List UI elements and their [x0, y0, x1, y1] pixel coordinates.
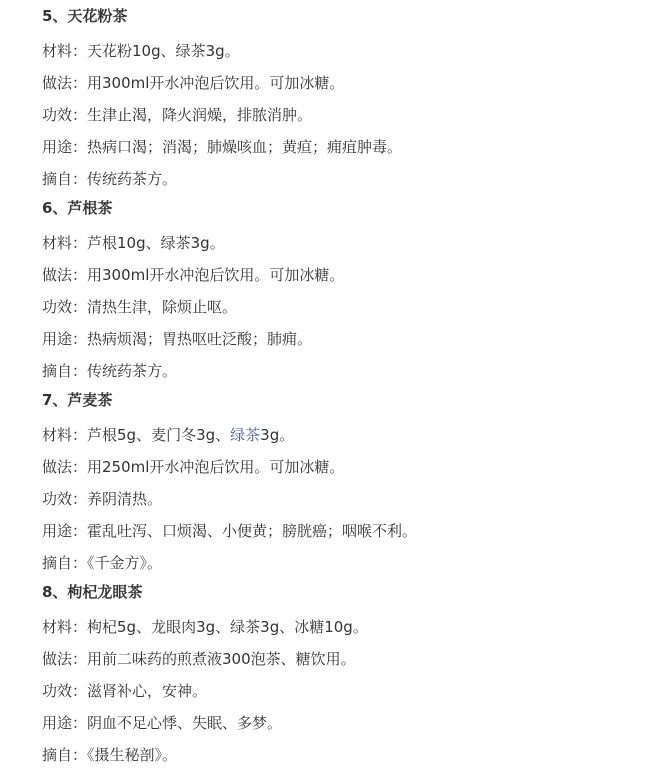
ingredients-row: 材料：芦根5g、麦门冬3g、绿茶3g。: [42, 419, 668, 451]
row-label: 用途：: [42, 714, 87, 732]
method-row: 做法：用300ml开水冲泡后饮用。可加冰糖。: [42, 259, 668, 291]
row-value: 《摄生秘剖》。: [87, 746, 177, 764]
usage-row: 用途：霍乱吐泻、口烦渴、小便黄；膀胱癌；咽喉不利。: [42, 515, 668, 547]
row-value-pre: 芦根5g、麦门冬3g、: [87, 426, 230, 444]
row-value: 养阴清热。: [87, 490, 162, 508]
source-row: 摘自：《摄生秘剖》。: [42, 739, 668, 771]
row-value: 传统药茶方。: [87, 170, 177, 188]
row-value: 枸杞5g、龙眼肉3g、绿茶3g、冰糖10g。: [87, 618, 368, 636]
usage-row: 用途：热病口渴；消渴；肺燥咳血；黄疸；痈疽肿毒。: [42, 131, 668, 163]
row-label: 用途：: [42, 330, 87, 348]
tea-section-5: 5、天花粉茶 材料：天花粉10g、绿茶3g。 做法：用300ml开水冲泡后饮用。…: [42, 3, 668, 195]
row-value: 热病口渴；消渴；肺燥咳血；黄疸；痈疽肿毒。: [87, 138, 402, 156]
usage-row: 用途：阴血不足心悸、失眠、多梦。: [42, 707, 668, 739]
row-label: 材料：: [42, 234, 87, 252]
row-label: 摘自：: [42, 554, 87, 572]
row-label: 功效：: [42, 490, 87, 508]
effect-row: 功效：滋肾补心，安神。: [42, 675, 668, 707]
source-row: 摘自：传统药茶方。: [42, 163, 668, 195]
row-label: 摘自：: [42, 746, 87, 764]
row-label: 做法：: [42, 266, 87, 284]
row-label: 材料：: [42, 618, 87, 636]
row-value: 传统药茶方。: [87, 362, 177, 380]
row-label: 摘自：: [42, 170, 87, 188]
row-value: 生津止渴，降火润燥，排脓消肿。: [87, 106, 312, 124]
green-tea-link[interactable]: 绿茶: [230, 426, 260, 444]
row-label: 做法：: [42, 650, 87, 668]
row-value: 《千金方》。: [87, 554, 162, 572]
row-value-post: 3g。: [260, 426, 294, 444]
row-value: 芦根10g、绿茶3g。: [87, 234, 225, 252]
article-body: 5、天花粉茶 材料：天花粉10g、绿茶3g。 做法：用300ml开水冲泡后饮用。…: [0, 0, 668, 771]
row-label: 做法：: [42, 74, 87, 92]
section-title: 5、天花粉茶: [42, 3, 668, 35]
row-value: 用300ml开水冲泡后饮用。可加冰糖。: [87, 266, 344, 284]
method-row: 做法：用300ml开水冲泡后饮用。可加冰糖。: [42, 67, 668, 99]
method-row: 做法：用前二味药的煎煮液300泡茶、糖饮用。: [42, 643, 668, 675]
tea-section-7: 7、芦麦茶 材料：芦根5g、麦门冬3g、绿茶3g。 做法：用250ml开水冲泡后…: [42, 387, 668, 579]
source-row: 摘自：传统药茶方。: [42, 355, 668, 387]
ingredients-row: 材料：枸杞5g、龙眼肉3g、绿茶3g、冰糖10g。: [42, 611, 668, 643]
row-value: 霍乱吐泻、口烦渴、小便黄；膀胱癌；咽喉不利。: [87, 522, 417, 540]
source-row: 摘自：《千金方》。: [42, 547, 668, 579]
row-value: 阴血不足心悸、失眠、多梦。: [87, 714, 282, 732]
row-label: 材料：: [42, 426, 87, 444]
section-title: 6、芦根茶: [42, 195, 668, 227]
row-value: 天花粉10g、绿茶3g。: [87, 42, 240, 60]
method-row: 做法：用250ml开水冲泡后饮用。可加冰糖。: [42, 451, 668, 483]
row-label: 功效：: [42, 106, 87, 124]
row-label: 用途：: [42, 138, 87, 156]
effect-row: 功效：生津止渴，降火润燥，排脓消肿。: [42, 99, 668, 131]
row-label: 用途：: [42, 522, 87, 540]
section-title: 7、芦麦茶: [42, 387, 668, 419]
ingredients-row: 材料：天花粉10g、绿茶3g。: [42, 35, 668, 67]
tea-section-6: 6、芦根茶 材料：芦根10g、绿茶3g。 做法：用300ml开水冲泡后饮用。可加…: [42, 195, 668, 387]
usage-row: 用途：热病烦渴；胃热呕吐泛酸；肺痈。: [42, 323, 668, 355]
effect-row: 功效：养阴清热。: [42, 483, 668, 515]
row-label: 材料：: [42, 42, 87, 60]
row-value: 热病烦渴；胃热呕吐泛酸；肺痈。: [87, 330, 312, 348]
row-label: 功效：: [42, 682, 87, 700]
row-value: 用300ml开水冲泡后饮用。可加冰糖。: [87, 74, 344, 92]
row-label: 做法：: [42, 458, 87, 476]
row-value: 用250ml开水冲泡后饮用。可加冰糖。: [87, 458, 344, 476]
section-title: 8、枸杞龙眼茶: [42, 579, 668, 611]
row-value: 清热生津，除烦止呕。: [87, 298, 237, 316]
effect-row: 功效：清热生津，除烦止呕。: [42, 291, 668, 323]
ingredients-row: 材料：芦根10g、绿茶3g。: [42, 227, 668, 259]
row-value: 滋肾补心，安神。: [87, 682, 207, 700]
row-value: 用前二味药的煎煮液300泡茶、糖饮用。: [87, 650, 356, 668]
tea-section-8: 8、枸杞龙眼茶 材料：枸杞5g、龙眼肉3g、绿茶3g、冰糖10g。 做法：用前二…: [42, 579, 668, 771]
row-label: 功效：: [42, 298, 87, 316]
row-label: 摘自：: [42, 362, 87, 380]
